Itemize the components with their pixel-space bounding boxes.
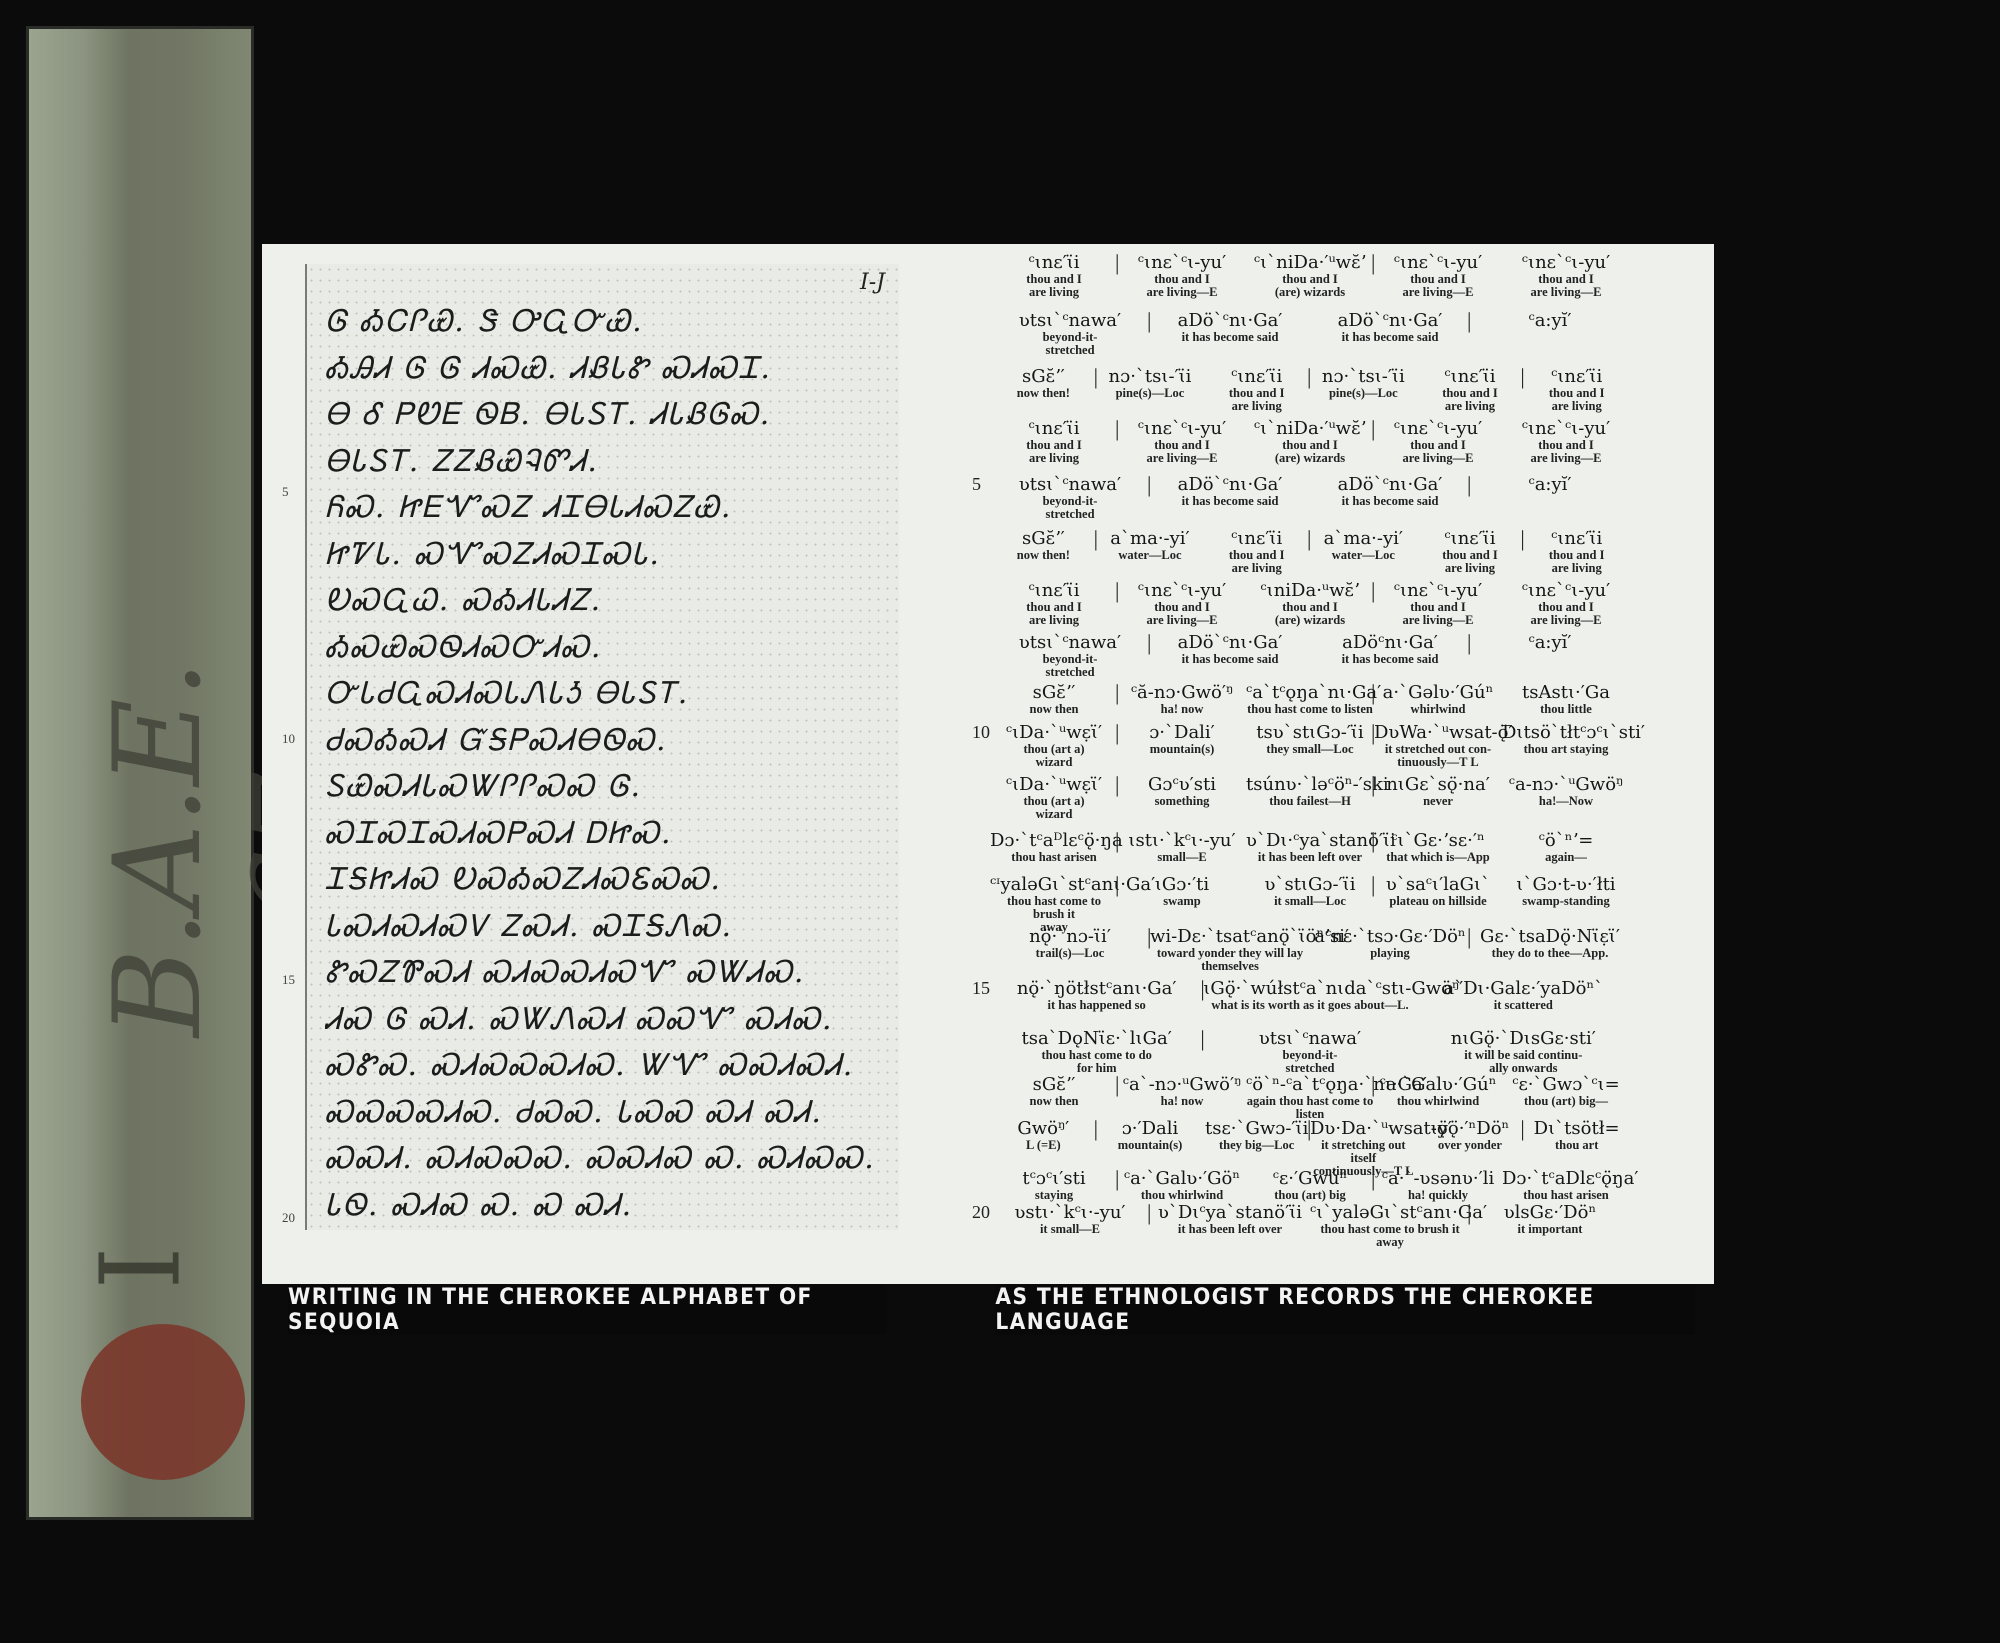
- word-gloss-pair: ᶜa`-nɔ·ᵘGwö′ᵑha! now: [1118, 1074, 1246, 1108]
- word-gloss-pair: ᶜɩnɛ`ᶜɩ-yu′thou and I are living—E: [1374, 252, 1502, 299]
- word-gloss-pair: ʋstɩ·`kᶜɩ·-yu′it small—E: [990, 1202, 1150, 1236]
- english-gloss: it scattered: [1417, 999, 1630, 1012]
- manuscript-line: Ꮎ Ꮄ ᏢᏬᎬ ᏫᏴ. ᎾᏓᏚᎢ. ᏗᏓᏰᎶᏍ.: [325, 397, 889, 432]
- word-gloss-pair: ᶜɩ`niDa·′ᵘwɛ̆ʼthou and I (are) wizards: [1246, 418, 1374, 465]
- red-dot-sticker: [81, 1324, 245, 1480]
- word-gloss-pair: Gwöᵑ′L (=E): [990, 1118, 1097, 1152]
- word-gloss-pair: tsʋ`stɩGɔ-′ɩ̈ithey small—Loc: [1246, 722, 1374, 756]
- cherokee-word: ᶜɩnɛ′ɩ̈i: [990, 252, 1118, 273]
- cherokee-word: ɩ`Gɔ·t-ʋ·′łti: [1502, 874, 1630, 895]
- cherokee-word: tsAstɩ·′Ga: [1502, 682, 1630, 703]
- word-gloss-pair: ᶜɩnɛ′ɩ̈ithou and I are living: [1417, 366, 1524, 413]
- cherokee-word: ᶜɩ`yaləGɩ`stᶜanɩ·Ga′: [1310, 1202, 1470, 1223]
- english-gloss: ha! now: [1118, 1095, 1246, 1108]
- cherokee-word: ɩstɩ·`kᶜɩ·-yu′: [1118, 830, 1246, 851]
- english-gloss: it has been left over: [1246, 851, 1374, 864]
- english-gloss: thou and I are living: [990, 273, 1118, 299]
- word-gloss-pair: ᶜɩnɛ′ɩ̈ithou and I are living: [990, 252, 1118, 299]
- manuscript-line: ᏑᏍᏃᏈᏍᏗ ᏍᏗᏍᏍᏗᏍᏉ ᏍᏔᏗᏍ.: [325, 955, 889, 990]
- cherokee-word: ᶜɩnɛ`ᶜɩ-yu′: [1118, 580, 1246, 601]
- word-gloss-pair: ʋtsɩ`ᶜnawa′beyond-it- stretched: [990, 474, 1150, 521]
- word-gloss-pair: ᶜă-nɔ·Gwö′ᵑha! now: [1118, 682, 1246, 716]
- cherokee-word: Gɛ·`tsaDǫ̈·Nɩ̈ɛ̣ɩ̈′: [1470, 926, 1630, 947]
- cherokee-word: a·`Gəlʋ·′Gúⁿ: [1374, 682, 1502, 703]
- cherokee-word: aDö`ᶜnɩ·Ga′: [1150, 474, 1310, 495]
- cherokee-word: nɩGɛ`sǫ̈·na′: [1374, 774, 1502, 795]
- word-gloss-pair: ᶜɩDa·`ᵘwɛ̣ɩ̈′thou (art a) wizard: [990, 722, 1118, 769]
- english-gloss: staying: [990, 1189, 1118, 1202]
- cherokee-word: ᶜɛ·′Gwúⁿ: [1246, 1168, 1374, 1189]
- english-gloss: thou hast come to brush it away: [1310, 1223, 1470, 1249]
- english-gloss: it stretched out con- tinuously—T L: [1374, 743, 1502, 769]
- english-gloss: now then!: [990, 549, 1097, 562]
- manuscript-line: ᏥᏤᏓ. ᏍᏉᏍᏃᏗᏍᏆᏍᏓ.: [325, 537, 889, 572]
- cherokee-word: ʋstɩ·`kᶜɩ·-yu′: [990, 1202, 1150, 1223]
- english-gloss: thou art staying: [1502, 743, 1630, 756]
- english-gloss: they small—Loc: [1246, 743, 1374, 756]
- word-gloss-pair: ᶜɩnɛ`ᶜɩ-yu′thou and I are living—E: [1118, 252, 1246, 299]
- manuscript-line: ᏍᏆᏍᏆᏍᏗᏍᏢᏍᏗ ᎠᏥᏍ.: [325, 816, 889, 851]
- english-gloss: thou and I are living: [1203, 387, 1310, 413]
- cherokee-word: ᶜa·`Galʋ·′Göⁿ: [1118, 1168, 1246, 1189]
- english-gloss: that which is—App: [1374, 851, 1502, 864]
- english-gloss: thou and I are living—E: [1502, 273, 1630, 299]
- cherokee-word: ᶜa·`-ʋsənʋ·′li: [1374, 1168, 1502, 1189]
- word-gloss-pair: a`ma·-yi′water—Loc: [1097, 528, 1204, 562]
- english-gloss: ha!—Now: [1502, 795, 1630, 808]
- english-gloss: beyond-it- stretched: [990, 653, 1150, 679]
- english-gloss: it has become said: [1150, 495, 1310, 508]
- cherokee-word: ᶜɩDa·`ᵘwɛ̣ɩ̈′: [990, 722, 1118, 743]
- handwritten-mark: I: [77, 1246, 205, 1289]
- manuscript-line: ᏍᏑᏍ. ᏍᏗᏍᏍᏍᏗᏍ. ᏔᏉ ᏍᏍᏗᏍᏗ.: [325, 1048, 889, 1083]
- english-gloss: thou and I are living: [990, 601, 1118, 627]
- cherokee-word: ᶜɩnɛ′ɩ̈i: [990, 580, 1118, 601]
- english-gloss: whirlwind: [1374, 703, 1502, 716]
- cherokee-word: aDö`ᶜnɩ·Ga′: [1150, 632, 1310, 653]
- cherokee-word: ᶜɩnɛ`ᶜɩ-yu′: [1374, 418, 1502, 439]
- word-gloss-pair: aDö`ᶜnɩ·Ga′it has become said: [1150, 310, 1310, 344]
- cherokee-word: ᶜɩnɛ′ɩ̈i: [1417, 366, 1524, 387]
- cherokee-word: ᶜɩniDa·ᵘwɛ̆ʼ: [1246, 580, 1374, 601]
- cherokee-word: ɩGɔ·′ti: [1118, 874, 1246, 895]
- manuscript-line: ᏍᏍᏍᏍᏗᏍ. ᏧᏍᏍ. ᏓᏍᏍ ᏍᏗ ᏍᏗ.: [325, 1095, 889, 1130]
- word-gloss-pair: ᶜɩ`yaləGɩ`stᶜanɩ·Ga′thou hast come to br…: [1310, 1202, 1470, 1249]
- word-gloss-pair: ɔ·`Dali′mountain(s): [1118, 722, 1246, 756]
- word-gloss-pair: Dɔ·`tᶜaᴰlɛᶜǫ̈·ŋathou hast arisen: [990, 830, 1118, 864]
- cherokee-word: aDöᶜnɩ·Ga′: [1310, 632, 1470, 653]
- english-gloss: playing: [1310, 947, 1470, 960]
- word-gloss-pair: sGɛ̆ʼ′now then: [990, 682, 1118, 716]
- english-gloss: they do to thee—App.: [1470, 947, 1630, 960]
- english-gloss: it has become said: [1310, 495, 1470, 508]
- cherokee-word: Dʋ·Da·`ᵘwsat-ǫ̈′: [1310, 1118, 1417, 1139]
- word-gloss-pair: aDö`ᶜnɩ·Ga′it has become said: [1310, 474, 1470, 508]
- cherokee-word: ᶜɩ`niDa·′ᵘwɛ̆ʼ: [1246, 252, 1374, 273]
- english-gloss: thou and I are living—E: [1374, 439, 1502, 465]
- english-gloss: thou and I are living: [1417, 387, 1524, 413]
- word-gloss-pair: Dɩ`tsötł=thou art: [1523, 1118, 1630, 1152]
- english-gloss: thou failest—H: [1246, 795, 1374, 808]
- english-gloss: it will be said continu- ally onwards: [1417, 1049, 1630, 1075]
- cherokee-word: ᶜɩnɛ′ɩ̈i: [1523, 366, 1630, 387]
- cherokee-word: ᶜa:yĭ′: [1470, 474, 1630, 495]
- word-gloss-pair: a·`Gəlʋ·′Gúⁿwhirlwind: [1374, 682, 1502, 716]
- word-gloss-pair: ɩ`Gɔ·t-ʋ·′łtiswamp-standing: [1502, 874, 1630, 908]
- caption-right: AS THE ETHNOLOGIST RECORDS THE CHEROKEE …: [995, 1285, 1694, 1335]
- english-gloss: trail(s)—Loc: [990, 947, 1150, 960]
- word-gloss-pair: tsAstɩ·′Gathou little: [1502, 682, 1630, 716]
- word-gloss-pair: ʋlsGɛ·′Döⁿit important: [1470, 1202, 1630, 1236]
- manuscript-line: ᎧᏍᏩᏇ. ᏍᎣᏗᏓᏗᏃ.: [325, 583, 889, 618]
- handwritten-catalog-label: B.A.E. 67: [89, 589, 229, 1109]
- english-gloss: thou (art a) wizard: [990, 743, 1118, 769]
- english-gloss: thou art: [1523, 1139, 1630, 1152]
- cherokee-word: DʋWa·`ᵘwsat-ǫ̈′: [1374, 722, 1502, 743]
- english-gloss: it has become said: [1310, 331, 1470, 344]
- word-gloss-pair: ᶜɩnɛ′ɩ̈ithou and I are living: [1417, 528, 1524, 575]
- english-gloss: swamp-standing: [1502, 895, 1630, 908]
- line-number: 20: [972, 1202, 990, 1223]
- word-gloss-pair: ᶜa·`Galʋ·′Gúⁿthou whirlwind: [1374, 1074, 1502, 1108]
- english-gloss: it has become said: [1150, 331, 1310, 344]
- english-gloss: thou hast arisen: [1502, 1189, 1630, 1202]
- cherokee-word: a`ma·-yi′: [1310, 528, 1417, 549]
- line-number: 10: [972, 722, 990, 743]
- english-gloss: it has become said: [1150, 653, 1310, 666]
- cherokee-word: ᶜɩnɛ′ɩ̈i: [1203, 366, 1310, 387]
- cherokee-word: aDö`ᶜnɩ·Ga′: [1310, 474, 1470, 495]
- english-gloss: beyond-it- stretched: [990, 331, 1150, 357]
- word-gloss-pair: ᶜᶦyaləGɩ`stᶜanɩ·Ga′thou hast come to bru…: [990, 874, 1118, 934]
- english-gloss: over yonder: [1417, 1139, 1524, 1152]
- cherokee-word: ᶜɩ`Gɛ·ʼsɛ·′ⁿ: [1374, 830, 1502, 851]
- cherokee-word: tsa`DǫNɩ̈ɛ·`lɩGa′: [990, 1028, 1203, 1049]
- english-gloss: something: [1118, 795, 1246, 808]
- english-gloss: thou whirlwind: [1374, 1095, 1502, 1108]
- cherokee-word: Gɔᶜʋ′sti: [1118, 774, 1246, 795]
- word-gloss-pair: ᶜɩnɛ′ɩ̈ithou and I are living: [1523, 366, 1630, 413]
- cherokee-word: ᶜɩnɛ`ᶜɩ-yu′: [1502, 418, 1630, 439]
- word-gloss-pair: ᶜɩnɛ′ɩ̈ithou and I are living: [990, 418, 1118, 465]
- english-gloss: thou hast arisen: [990, 851, 1118, 864]
- english-gloss: thou little: [1502, 703, 1630, 716]
- slide-label-strip: B.A.E. 67 I: [26, 26, 254, 1520]
- word-gloss-pair: ᶜa·`Galʋ·′Göⁿthou whirlwind: [1118, 1168, 1246, 1202]
- line-number: 5: [282, 484, 289, 500]
- english-gloss: thou and I (are) wizards: [1246, 273, 1374, 299]
- caption-left: WRITING IN THE CHEROKEE ALPHABET OF SEQU…: [288, 1285, 886, 1335]
- manuscript-line: ᏗᏍ Ꮆ ᏍᏗ. ᏍᏔᏁᏍᏗ ᏍᏍᏉ ᏍᏗᏍ.: [325, 1002, 889, 1037]
- word-gloss-pair: aDöᶜnɩ·Ga′it has become said: [1310, 632, 1470, 666]
- cherokee-word: ᶜɩ`niDa·′ᵘwɛ̆ʼ: [1246, 418, 1374, 439]
- english-gloss: it small—E: [990, 1223, 1150, 1236]
- manuscript-line: ᏆᎦᏥᏗᏍ ᎧᏍᎣᏍᏃᏗᏍᏋᏍᏍ.: [325, 862, 889, 897]
- english-gloss: thou and I (are) wizards: [1246, 601, 1374, 627]
- english-gloss: thou (art) big: [1246, 1189, 1374, 1202]
- word-gloss-pair: ᶜɩnɛ`ᶜɩ-yu′thou and I are living—E: [1502, 252, 1630, 299]
- english-gloss: beyond-it- stretched: [990, 495, 1150, 521]
- word-gloss-pair: ᶜö`ⁿ-ᶜa`tᶜǫŋa·`nɩ·Ga′again thou hast com…: [1246, 1074, 1374, 1121]
- cherokee-word: Dɩ`tsötł=: [1523, 1118, 1630, 1139]
- cherokee-word: a`Dɩ·Galɛ·′yaDöⁿ`: [1417, 978, 1630, 999]
- english-gloss: swamp: [1118, 895, 1246, 908]
- word-gloss-pair: ᶜɩ`Gɛ·ʼsɛ·′ⁿthat which is—App: [1374, 830, 1502, 864]
- word-gloss-pair: ᶜɩDa·`ᵘwɛ̣ɩ̈′thou (art a) wizard: [990, 774, 1118, 821]
- english-gloss: small—E: [1118, 851, 1246, 864]
- cherokee-word: ᶜö`ⁿ-ᶜa`tᶜǫŋa·`nɩ·Ga′: [1246, 1074, 1374, 1095]
- word-gloss-pair: ᶜö`ⁿʼ=again—: [1502, 830, 1630, 864]
- word-gloss-pair: Gɛ·`tsaDǫ̈·Nɩ̈ɛ̣ɩ̈′they do to thee—App.: [1470, 926, 1630, 960]
- english-gloss: now then: [990, 1095, 1118, 1108]
- cherokee-word: ᶜɩnɛ′ɩ̈i: [1417, 528, 1524, 549]
- cherokee-word: ᶜɩnɛ`ᶜɩ-yu′: [1374, 252, 1502, 273]
- word-gloss-pair: tᶜɔᶜɩ′stistaying: [990, 1168, 1118, 1202]
- english-gloss: thou and I are living: [1417, 549, 1524, 575]
- word-gloss-pair: sGɛ̆ʼ′now then!: [990, 366, 1097, 400]
- english-gloss: thou and I are living: [1523, 549, 1630, 575]
- cherokee-word: ɩGǫ̈·`wúłstᶜa`nɩda`ᶜstɩ-Gwöᵑ′: [1203, 978, 1416, 999]
- word-gloss-pair: ʋtsɩ`ᶜnawa′beyond-it- stretched: [1203, 1028, 1416, 1075]
- cherokee-word: ᶜa·`Galʋ·′Gúⁿ: [1374, 1074, 1502, 1095]
- line-number: 5: [972, 474, 981, 495]
- word-gloss-pair: ᶜɩnɛ`ᶜɩ-yu′thou and I are living—E: [1374, 580, 1502, 627]
- cherokee-word: ᶜɩnɛ`ᶜɩ-yu′: [1118, 252, 1246, 273]
- english-gloss: they big—Loc: [1203, 1139, 1310, 1152]
- cherokee-word: aDö`ᶜnɩ·Ga′: [1310, 310, 1470, 331]
- english-gloss: water—Loc: [1097, 549, 1204, 562]
- word-gloss-pair: ᶜɩnɛ`ᶜɩ-yu′thou and I are living—E: [1118, 580, 1246, 627]
- cherokee-word: a`ma·-yi′: [1097, 528, 1204, 549]
- word-gloss-pair: ᶜɛ·`Gwɔ`ᶜɩ=thou (art) big—: [1502, 1074, 1630, 1108]
- english-gloss: thou and I (are) wizards: [1246, 439, 1374, 465]
- cherokee-word: nǫ̈·`ŋötłstᶜanɩ·Ga′: [990, 978, 1203, 999]
- word-gloss-pair: ᶜɩnɛ`ᶜɩ-yu′thou and I are living—E: [1502, 418, 1630, 465]
- word-gloss-pair: ɩGɔ·′tiswamp: [1118, 874, 1246, 908]
- cherokee-word: nǫ̈·`nɔ-ɩ̈i′: [990, 926, 1150, 947]
- word-gloss-pair: Gɔᶜʋ′stisomething: [1118, 774, 1246, 808]
- english-gloss: never: [1374, 795, 1502, 808]
- cherokee-word: nɩGǫ̈·`DɩsGɛ·sti′: [1417, 1028, 1630, 1049]
- cherokee-word: ᶜɩnɛ`ᶜɩ-yu′: [1118, 418, 1246, 439]
- word-gloss-pair: nɩGɛ`sǫ̈·na′never: [1374, 774, 1502, 808]
- cherokee-word: ʋ`saᶜɩ′laGɩ`: [1374, 874, 1502, 895]
- manuscript-line: ᏓᏍᏗᏍᏗᏍᏙ ᏃᏍᏗ. ᏍᏆᎦᏁᏍ.: [325, 909, 889, 944]
- manuscript-line: ᏲᏍ. ᏥᎬᏉᏍᏃ ᏗᏆᎾᏓᏗᏍᏃᏯ.: [325, 490, 889, 525]
- cherokee-word: ᶜa:yĭ′: [1470, 310, 1630, 331]
- word-gloss-pair: aᶜnɛ·`tsɔ·Gɛ·′Döⁿplaying: [1310, 926, 1470, 960]
- manuscript-line: ᏍᏍᏗ. ᏍᏗᏍᏍᏍ. ᏍᏍᏗᏍ Ꮝ. ᏍᏗᏍᏍ.: [325, 1141, 889, 1176]
- line-number: 15: [972, 978, 990, 999]
- manuscript-line: ᎣᏍᏯᏍᏫᏗᏍᏅᏗᏍ.: [325, 630, 889, 665]
- line-number: 20: [282, 1210, 295, 1226]
- english-gloss: it small—Loc: [1246, 895, 1374, 908]
- cherokee-word: ᶜa`tᶜǫŋa`nɩ·Ga′: [1246, 682, 1374, 703]
- word-gloss-pair: ᶜa-nɔ·`ᵘGwöᵑha!—Now: [1502, 774, 1630, 808]
- word-gloss-pair: aDö`ᶜnɩ·Ga′it has become said: [1310, 310, 1470, 344]
- word-gloss-pair: ʋtsɩ`ᶜnawa′beyond-it- stretched: [990, 310, 1150, 357]
- word-gloss-pair: sGɛ̆ʼ′now then: [990, 1074, 1118, 1108]
- word-gloss-pair: a`Dɩ·Galɛ·′yaDöⁿ`it scattered: [1417, 978, 1630, 1012]
- manuscript-line: ᏚᏯᏍᏗᏓᏍᏔᎵᎵᏍᏍ Ꮆ.: [325, 769, 889, 804]
- english-gloss: mountain(s): [1097, 1139, 1204, 1152]
- word-gloss-pair: nɔ·`tsɩ-′ɩ̈ipine(s)—Loc: [1097, 366, 1204, 400]
- cherokee-word: Dɔ·`tᶜaᴰlɛᶜǫ̈·ŋa: [990, 830, 1118, 851]
- english-gloss: thou and I are living: [1203, 549, 1310, 575]
- word-gloss-pair: ᶜɩnɛ`ᶜɩ-yu′thou and I are living—E: [1374, 418, 1502, 465]
- word-gloss-pair: nɩGǫ̈·`DɩsGɛ·sti′it will be said continu…: [1417, 1028, 1630, 1075]
- english-gloss: thou and I are living—E: [1118, 601, 1246, 627]
- english-gloss: thou and I are living—E: [1118, 273, 1246, 299]
- manuscript-line: ᏅᏓᏧᏩᏍᏗᏍᏓᏁᏓᎼ ᎾᏓᏚᎢ.: [325, 676, 889, 711]
- english-gloss: it has happened so: [990, 999, 1203, 1012]
- english-gloss: thou whirlwind: [1118, 1189, 1246, 1202]
- cherokee-word: ᶜɩnɛ′ɩ̈i: [990, 418, 1118, 439]
- cherokee-word: tsɛ·`Gwɔ-′ɩ̈i: [1203, 1118, 1310, 1139]
- english-gloss: plateau on hillside: [1374, 895, 1502, 908]
- english-gloss: beyond-it- stretched: [1203, 1049, 1416, 1075]
- english-gloss: it has been left over: [1150, 1223, 1310, 1236]
- word-gloss-pair: ʋ`saᶜɩ′laGɩ`plateau on hillside: [1374, 874, 1502, 908]
- cherokee-word: ʋtsɩ`ᶜnawa′: [1203, 1028, 1416, 1049]
- cherokee-word: Dɔ·`tᶜaDlɛᶜǫ̈ŋa′: [1502, 1168, 1630, 1189]
- cherokee-word: ᶜᶦyaləGɩ`stᶜanɩ·Ga′: [990, 874, 1118, 895]
- line-number: 15: [282, 972, 295, 988]
- word-gloss-pair: ʋ`Dɩ·ᶜya`stanö′ɩ̈iit has been left over: [1246, 830, 1374, 864]
- english-gloss: it has become said: [1310, 653, 1470, 666]
- english-gloss: thou hast come to do for him: [990, 1049, 1203, 1075]
- cherokee-word: ɩyǫ̈·′ⁿDöⁿ: [1417, 1118, 1524, 1139]
- word-gloss-pair: Dɔ·`tᶜaDlɛᶜǫ̈ŋa′thou hast arisen: [1502, 1168, 1630, 1202]
- word-gloss-pair: ᶜa:yĭ′: [1470, 632, 1630, 653]
- word-gloss-pair: DʋWa·`ᵘwsat-ǫ̈′it stretched out con- tin…: [1374, 722, 1502, 769]
- english-gloss: thou and I are living—E: [1374, 601, 1502, 627]
- word-gloss-pair: ᶜɛ·′Gwúⁿthou (art) big: [1246, 1168, 1374, 1202]
- word-gloss-pair: sGɛ̆ʼ′now then!: [990, 528, 1097, 562]
- word-gloss-pair: a`ma·-yi′water—Loc: [1310, 528, 1417, 562]
- cherokee-word: aᶜnɛ·`tsɔ·Gɛ·′Döⁿ: [1310, 926, 1470, 947]
- cherokee-word: ʋ`Dɩᶜya`stanö′ɩ̈i: [1150, 1202, 1310, 1223]
- word-gloss-pair: nǫ̈·`ŋötłstᶜanɩ·Ga′it has happened so: [990, 978, 1203, 1012]
- cherokee-word: Dɩtsö`tłtᶜɔᶜɩ`sti′: [1502, 722, 1630, 743]
- english-gloss: ha! quickly: [1374, 1189, 1502, 1202]
- word-gloss-pair: ᶜɩnɛ`ᶜɩ-yu′thou and I are living—E: [1502, 580, 1630, 627]
- cherokee-word: ᶜa-nɔ·`ᵘGwöᵑ: [1502, 774, 1630, 795]
- cherokee-word: ᶜö`ⁿʼ=: [1502, 830, 1630, 851]
- cherokee-word: ᶜɩnɛ`ᶜɩ-yu′: [1502, 252, 1630, 273]
- english-gloss: L (=E): [990, 1139, 1097, 1152]
- cherokee-word: ᶜɩnɛ`ᶜɩ-yu′: [1502, 580, 1630, 601]
- word-gloss-pair: ᶜɩnɛ′ɩ̈ithou and I are living: [1523, 528, 1630, 575]
- word-gloss-pair: ᶜɩniDa·ᵘwɛ̆ʼthou and I (are) wizards: [1246, 580, 1374, 627]
- english-gloss: thou (art a) wizard: [990, 795, 1118, 821]
- manuscript-line: ᏧᏍᎣᏍᏗ ᏳᎦᏢᏍᏗᎾᏫᏍ.: [325, 723, 889, 758]
- word-gloss-pair: tsúnʋ·`ləᶜöⁿ-′skithou failest—H: [1246, 774, 1374, 808]
- cherokee-word: ɔ·`Dali′: [1118, 722, 1246, 743]
- cherokee-word: wi-Dɛ·`tsatᶜanǫ̈`ɩ̈öⁿʼsi′: [1150, 926, 1310, 947]
- cherokee-word: sGɛ̆ʼ′: [990, 1074, 1118, 1095]
- english-gloss: water—Loc: [1310, 549, 1417, 562]
- manuscript-line: ᏓᏫ. ᏍᏗᏍ Ꮝ. Ꮝ ᏍᏗ.: [325, 1188, 889, 1223]
- word-gloss-pair: ᶜɩ`niDa·′ᵘwɛ̆ʼthou and I (are) wizards: [1246, 252, 1374, 299]
- cherokee-word: ʋ`stɩGɔ-′ɩ̈i: [1246, 874, 1374, 895]
- word-gloss-pair: ᶜa:yĭ′: [1470, 310, 1630, 331]
- word-gloss-pair: ᶜa·`-ʋsənʋ·′liha! quickly: [1374, 1168, 1502, 1202]
- english-gloss: thou and I are living—E: [1374, 273, 1502, 299]
- manuscript-line: Ꮆ ᎣᏟᎵᏯ. Ꮥ ᎤᏩᏅᏯ.: [325, 304, 889, 339]
- word-gloss-pair: ᶜɩnɛ′ɩ̈ithou and I are living: [1203, 366, 1310, 413]
- english-gloss: thou and I are living: [1523, 387, 1630, 413]
- english-gloss: what is its worth as it goes about—L.: [1203, 999, 1416, 1012]
- word-gloss-pair: ɔ·′Dalimountain(s): [1097, 1118, 1204, 1152]
- english-gloss: now then!: [990, 387, 1097, 400]
- word-gloss-pair: ɩstɩ·`kᶜɩ·-yu′small—E: [1118, 830, 1246, 864]
- word-gloss-pair: ᶜɩnɛ′ɩ̈ithou and I are living: [990, 580, 1118, 627]
- cherokee-word: nɔ·`tsɩ-′ɩ̈i: [1310, 366, 1417, 387]
- cherokee-word: tᶜɔᶜɩ′sti: [990, 1168, 1118, 1189]
- sequoyah-manuscript: I-J Ꮆ ᎣᏟᎵᏯ. Ꮥ ᎤᏩᏅᏯ.ᎣᎯᏗ Ꮆ Ꮆ ᏗᏍᏯ. ᏗᏰᏓᏑ ᏍᏗᏍ…: [305, 264, 899, 1230]
- cherokee-word: nɔ·`tsɩ-′ɩ̈i: [1097, 366, 1204, 387]
- english-gloss: thou and I are living—E: [1502, 439, 1630, 465]
- cherokee-word: ᶜa:yĭ′: [1470, 632, 1630, 653]
- english-gloss: ha! now: [1118, 703, 1246, 716]
- word-gloss-pair: tsa`DǫNɩ̈ɛ·`lɩGa′thou hast come to do fo…: [990, 1028, 1203, 1075]
- english-gloss: toward yonder they will lay themselves: [1150, 947, 1310, 973]
- word-gloss-pair: aDö`ᶜnɩ·Ga′it has become said: [1150, 474, 1310, 508]
- cherokee-word: ᶜɩnɛ′ɩ̈i: [1203, 528, 1310, 549]
- word-gloss-pair: nɔ·`tsɩ-′ɩ̈ipine(s)—Loc: [1310, 366, 1417, 400]
- cherokee-word: ᶜɩnɛ`ᶜɩ-yu′: [1374, 580, 1502, 601]
- manuscript-corner-mark: I-J: [860, 270, 885, 295]
- manuscript-line: ᎾᏓᏚᎢ. ᏃᏃᏰᏯᎸᏛᏗ.: [325, 444, 889, 479]
- english-gloss: thou hast come to listen: [1246, 703, 1374, 716]
- cherokee-word: tsʋ`stɩGɔ-′ɩ̈i: [1246, 722, 1374, 743]
- word-gloss-pair: ʋ`Dɩᶜya`stanö′ɩ̈iit has been left over: [1150, 1202, 1310, 1236]
- word-gloss-pair: ᶜa:yĭ′: [1470, 474, 1630, 495]
- cherokee-word: ʋtsɩ`ᶜnawa′: [990, 474, 1150, 495]
- english-gloss: now then: [990, 703, 1118, 716]
- word-gloss-pair: ʋtsɩ`ᶜnawa′beyond-it- stretched: [990, 632, 1150, 679]
- cherokee-word: aDö`ᶜnɩ·Ga′: [1150, 310, 1310, 331]
- english-gloss: mountain(s): [1118, 743, 1246, 756]
- word-gloss-pair: ɩyǫ̈·′ⁿDöⁿover yonder: [1417, 1118, 1524, 1152]
- word-gloss-pair: ᶜa`tᶜǫŋa`nɩ·Ga′thou hast come to listen: [1246, 682, 1374, 716]
- cherokee-word: ʋ`Dɩ·ᶜya`stanö′ɩ̈i: [1246, 830, 1374, 851]
- english-gloss: pine(s)—Loc: [1310, 387, 1417, 400]
- english-gloss: pine(s)—Loc: [1097, 387, 1204, 400]
- word-gloss-pair: tsɛ·`Gwɔ-′ɩ̈ithey big—Loc: [1203, 1118, 1310, 1152]
- manuscript-line: ᎣᎯᏗ Ꮆ Ꮆ ᏗᏍᏯ. ᏗᏰᏓᏑ ᏍᏗᏍᏆ.: [325, 351, 889, 386]
- word-gloss-pair: wi-Dɛ·`tsatᶜanǫ̈`ɩ̈öⁿʼsi′toward yonder t…: [1150, 926, 1310, 973]
- word-gloss-pair: ᶜɩnɛ′ɩ̈ithou and I are living: [1203, 528, 1310, 575]
- cherokee-word: ᶜa`-nɔ·ᵘGwö′ᵑ: [1118, 1074, 1246, 1095]
- word-gloss-pair: Dɩtsö`tłtᶜɔᶜɩ`sti′thou art staying: [1502, 722, 1630, 756]
- cherokee-word: ᶜɩDa·`ᵘwɛ̣ɩ̈′: [990, 774, 1118, 795]
- cherokee-word: ᶜă-nɔ·Gwö′ᵑ: [1118, 682, 1246, 703]
- cherokee-word: ʋlsGɛ·′Döⁿ: [1470, 1202, 1630, 1223]
- cherokee-word: sGɛ̆ʼ′: [990, 528, 1097, 549]
- cherokee-word: sGɛ̆ʼ′: [990, 682, 1118, 703]
- cherokee-word: tsúnʋ·`ləᶜöⁿ-′ski: [1246, 774, 1374, 795]
- cherokee-word: ɔ·′Dali: [1097, 1118, 1204, 1139]
- cherokee-word: ᶜɩnɛ′ɩ̈i: [1523, 528, 1630, 549]
- word-gloss-pair: nǫ̈·`nɔ-ɩ̈i′trail(s)—Loc: [990, 926, 1150, 960]
- english-gloss: it important: [1470, 1223, 1630, 1236]
- word-gloss-pair: ʋ`stɩGɔ-′ɩ̈iit small—Loc: [1246, 874, 1374, 908]
- english-gloss: again—: [1502, 851, 1630, 864]
- english-gloss: thou and I are living—E: [1502, 601, 1630, 627]
- cherokee-word: sGɛ̆ʼ′: [990, 366, 1097, 387]
